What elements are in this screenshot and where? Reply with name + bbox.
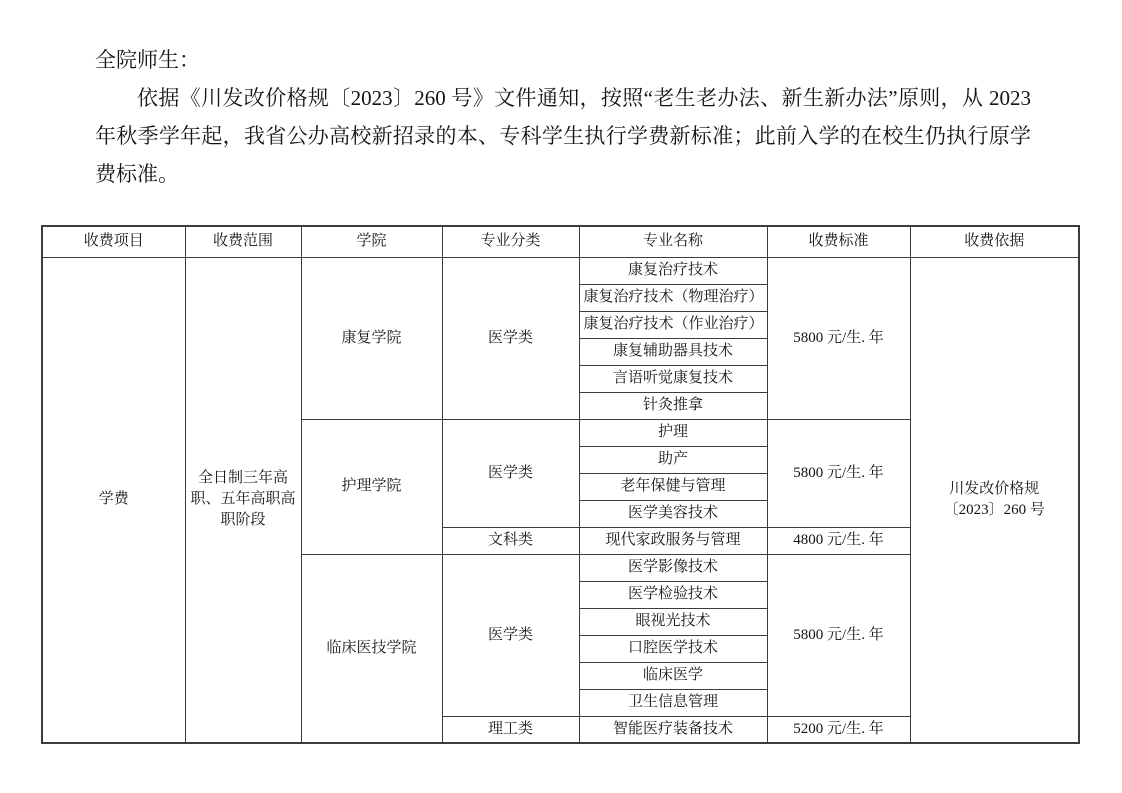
header-fee-basis: 收费依据: [910, 226, 1079, 257]
college-cell: 康复学院: [301, 257, 442, 419]
major-cell: 老年保健与管理: [579, 473, 767, 500]
major-cell: 口腔医学技术: [579, 635, 767, 662]
major-cell: 医学美容技术: [579, 500, 767, 527]
fee-standard-cell: 5800 元/生. 年: [767, 419, 910, 527]
header-fee-standard: 收费标准: [767, 226, 910, 257]
major-cell: 卫生信息管理: [579, 689, 767, 716]
major-cell: 助产: [579, 446, 767, 473]
major-cell: 针灸推拿: [579, 392, 767, 419]
major-cell: 康复治疗技术（物理治疗）: [579, 284, 767, 311]
major-cell: 医学检验技术: [579, 581, 767, 608]
fee-basis-cell: 川发改价格规 〔2023〕260 号: [910, 257, 1079, 743]
category-cell: 医学类: [442, 419, 579, 527]
fee-standard-cell: 5800 元/生. 年: [767, 257, 910, 419]
major-cell: 眼视光技术: [579, 608, 767, 635]
college-cell: 临床医技学院: [301, 554, 442, 743]
major-cell: 护理: [579, 419, 767, 446]
salutation: 全院师生：: [95, 41, 1031, 79]
fee-standard-table: 收费项目 收费范围 学院 专业分类 专业名称 收费标准 收费依据 学费 全日制三…: [41, 225, 1080, 744]
document-page: 全院师生： 依据《川发改价格规〔2023〕260 号》文件通知，按照“老生老办法…: [0, 0, 1122, 793]
table-header-row: 收费项目 收费范围 学院 专业分类 专业名称 收费标准 收费依据: [42, 226, 1079, 257]
header-college: 学院: [301, 226, 442, 257]
header-major-name: 专业名称: [579, 226, 767, 257]
major-cell: 智能医疗装备技术: [579, 716, 767, 743]
major-cell: 现代家政服务与管理: [579, 527, 767, 554]
category-cell: 文科类: [442, 527, 579, 554]
fee-standard-cell: 5800 元/生. 年: [767, 554, 910, 716]
notice-paragraph: 依据《川发改价格规〔2023〕260 号》文件通知，按照“老生老办法、新生新办法…: [95, 79, 1031, 193]
major-cell: 康复辅助器具技术: [579, 338, 767, 365]
major-cell: 医学影像技术: [579, 554, 767, 581]
category-cell: 理工类: [442, 716, 579, 743]
fee-standard-cell: 4800 元/生. 年: [767, 527, 910, 554]
major-cell: 康复治疗技术（作业治疗）: [579, 311, 767, 338]
table-row: 学费 全日制三年高 职、五年高职高 职阶段 康复学院 医学类 康复治疗技术 58…: [42, 257, 1079, 284]
header-major-category: 专业分类: [442, 226, 579, 257]
category-cell: 医学类: [442, 554, 579, 716]
header-fee-item: 收费项目: [42, 226, 185, 257]
category-cell: 医学类: [442, 257, 579, 419]
header-fee-scope: 收费范围: [185, 226, 301, 257]
fee-item-cell: 学费: [42, 257, 185, 743]
college-cell: 护理学院: [301, 419, 442, 554]
major-cell: 言语听觉康复技术: [579, 365, 767, 392]
major-cell: 临床医学: [579, 662, 767, 689]
fee-standard-cell: 5200 元/生. 年: [767, 716, 910, 743]
major-cell: 康复治疗技术: [579, 257, 767, 284]
fee-scope-cell: 全日制三年高 职、五年高职高 职阶段: [185, 257, 301, 743]
